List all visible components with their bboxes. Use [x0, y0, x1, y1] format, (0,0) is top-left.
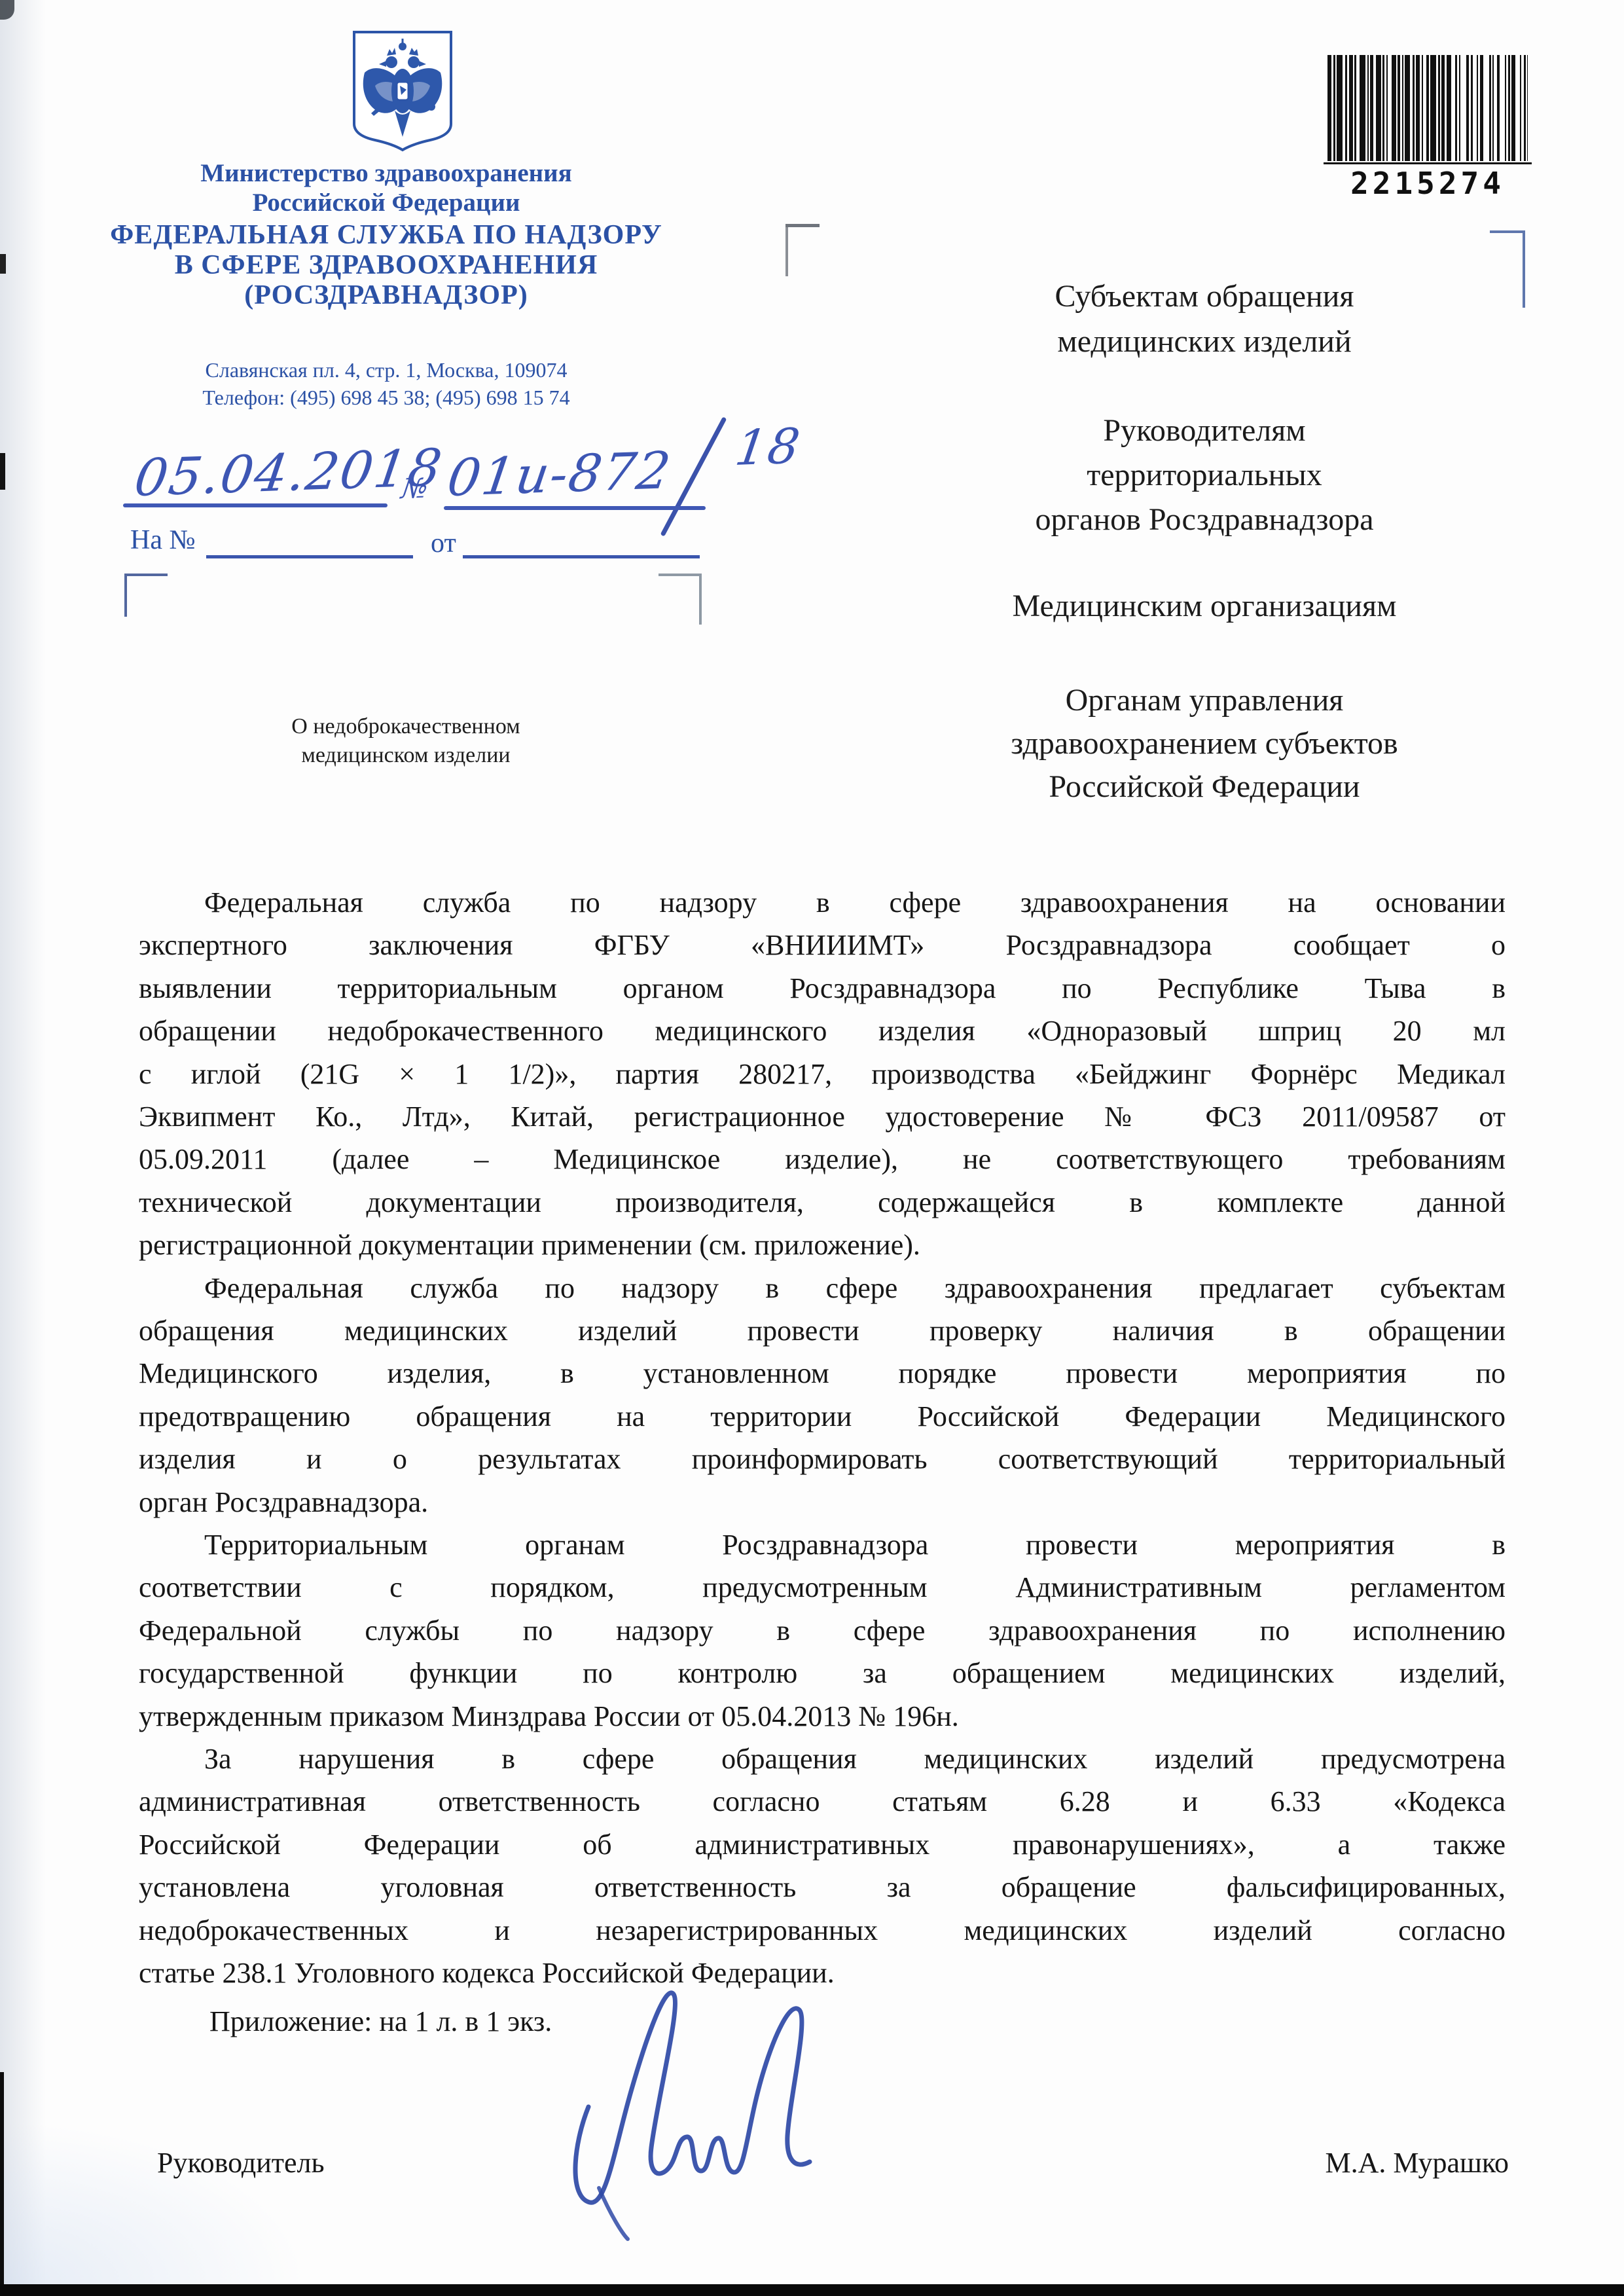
stamp-zone-corner-left: [124, 574, 127, 617]
scan-edge-mark: [0, 254, 6, 274]
body-line: 05.09.2011 (далее – Медицинское изделие)…: [139, 1142, 1506, 1186]
body-line: Территориальным органам Росздравнадзора …: [139, 1528, 1506, 1571]
body-line: предотвращению обращения на территории Р…: [139, 1400, 1506, 1443]
body-line: экспертного заключения ФГБУ «ВНИИИМТ» Ро…: [139, 928, 1506, 972]
body-line: административная ответственность согласн…: [139, 1785, 1506, 1828]
body-line: Федеральной службы по надзору в сфере зд…: [139, 1614, 1506, 1657]
attachment-note: Приложение: на 1 л. в 1 экз.: [209, 2005, 552, 2038]
body-line: Федеральная служба по надзору в сфере зд…: [139, 886, 1506, 929]
scan-edge-mark: [0, 453, 5, 490]
scan-edge-shadow: [0, 0, 46, 2296]
body-line: изделия и о результатах проинформировать…: [139, 1442, 1506, 1485]
body-line: обращении недоброкачественного медицинск…: [139, 1014, 1506, 1057]
scan-bottom-bar: [0, 2284, 1624, 2296]
body-line: технической документации производителя, …: [139, 1186, 1506, 1229]
body-line: с иглой (21G × 1 1/2)», партия 280217, п…: [139, 1057, 1506, 1101]
body-line: За нарушения в сфере обращения медицинск…: [139, 1742, 1506, 1785]
signer-position: Руководитель: [157, 2146, 325, 2179]
body-line: Федеральная служба по надзору в сфере зд…: [139, 1271, 1506, 1315]
body-line: утвержденным приказом Минздрава России о…: [139, 1700, 1506, 1743]
scanned-letter-page: 2215274: [0, 0, 1624, 2296]
body-line: недоброкачественных и незарегистрированн…: [139, 1914, 1506, 1957]
scan-edge-line: [0, 2072, 4, 2296]
body-line: Российской Федерации об административных…: [139, 1828, 1506, 1871]
body-line: орган Росздравнадзора.: [139, 1485, 1506, 1529]
body-line: обращения медицинских изделий провести п…: [139, 1314, 1506, 1357]
body-line: выявлении территориальным органом Росздр…: [139, 972, 1506, 1015]
handwritten-signature: [560, 1972, 854, 2247]
body-line: Эквипмент Ко., Лтд», Китай, регистрацион…: [139, 1100, 1506, 1143]
signer-name: М.А. Мурашко: [1283, 2146, 1509, 2179]
body-line: регистрационной документации применении …: [139, 1228, 1506, 1271]
body-line: государственной функции по контролю за о…: [139, 1656, 1506, 1700]
body-line: соответствии с порядком, предусмотренным…: [139, 1571, 1506, 1614]
body-line: установлена уголовная ответственность за…: [139, 1870, 1506, 1914]
letter-body: Федеральная служба по надзору в сфере зд…: [139, 0, 1506, 2030]
body-line: Медицинского изделия, в установленном по…: [139, 1357, 1506, 1400]
